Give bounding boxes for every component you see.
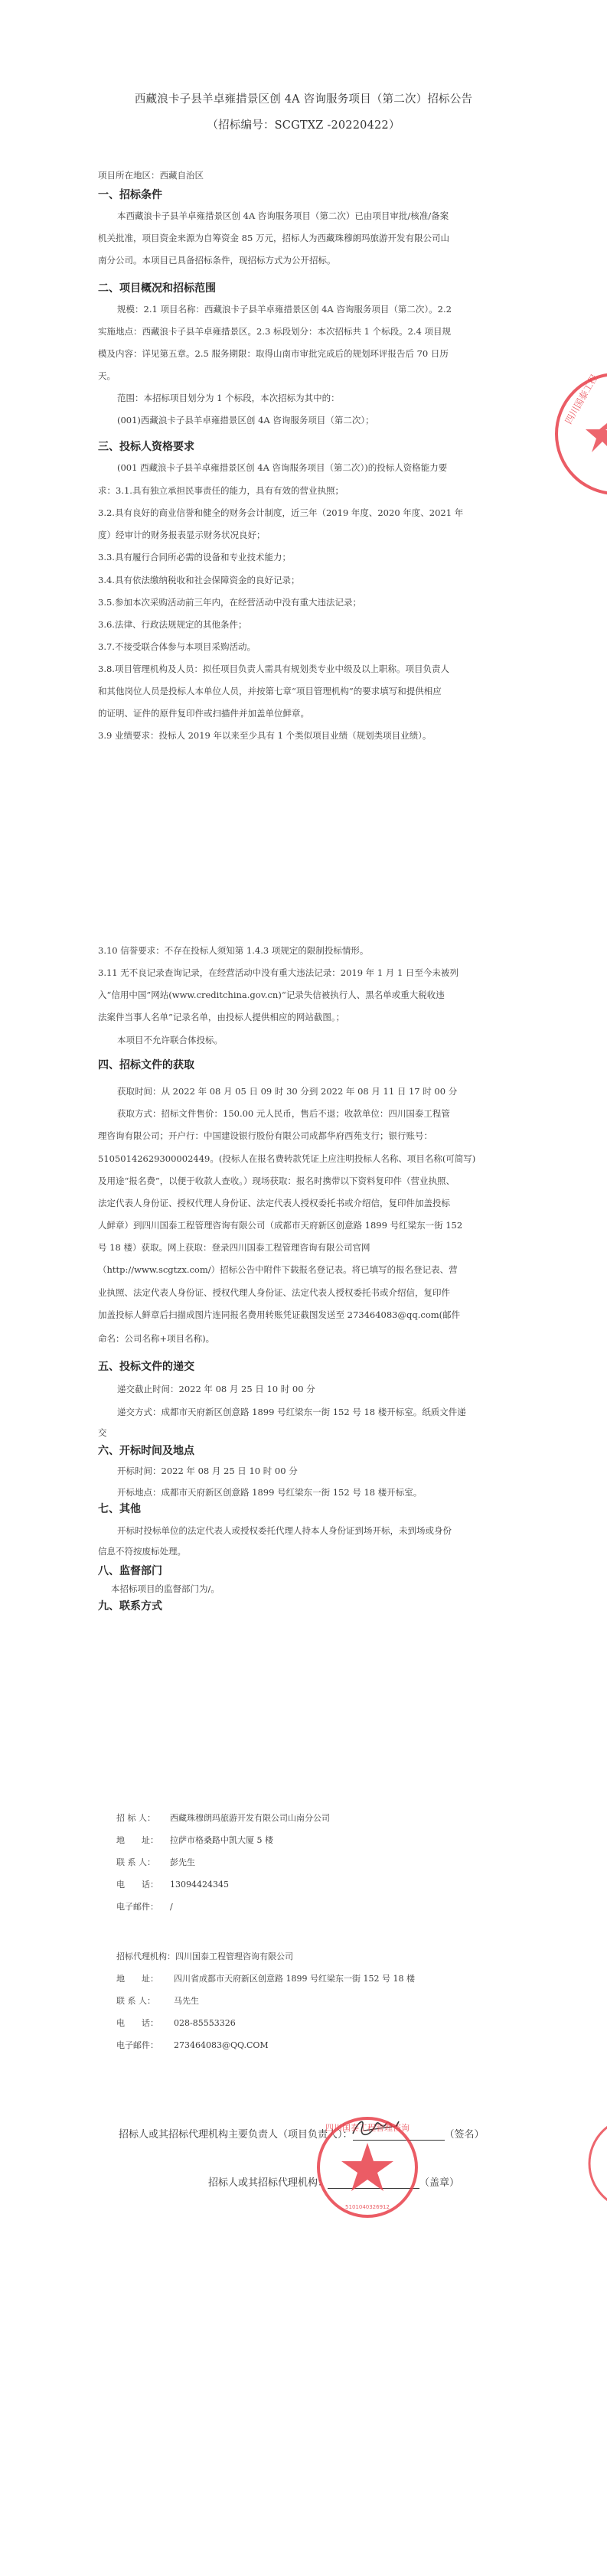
- s3-line: 3.8.项目管理机构及人员：拟任项目负责人需具有规划类专业中级及以上职称。项目负…: [98, 664, 511, 675]
- agency-address-row: 地 址：四川省成都市天府新区创意路 1899 号红梁东一街 152 号 18 楼: [116, 1972, 415, 1984]
- s3-line: 3.3.具有履行合同所必需的设备和专业技术能力；: [98, 552, 511, 563]
- s7-line: 开标时投标单位的法定代表人或授权委托代理人持本人身份证到场开标，未到场或身份: [117, 1525, 530, 1537]
- s2-line: 范围：本招标项目划分为 1 个标段，本次招标为其中的：: [117, 393, 530, 404]
- section-heading-4: 四、招标文件的获取: [98, 1057, 194, 1072]
- s8-line: 本招标项目的监督部门为/。: [111, 1583, 524, 1595]
- bid-number: （招标编号：SCGTXZ -20220422）: [0, 116, 607, 132]
- s6-line: 开标地点：成都市天府新区创意路 1899 号红梁东一街 152 号 18 楼开标…: [117, 1487, 530, 1498]
- signature-principal-suffix: （签名）: [445, 2129, 485, 2141]
- agency-phone: 028-85553326: [174, 2018, 236, 2028]
- s4-line: 号 18 楼）获取。网上获取：登录四川国泰工程管理咨询有限公司官网: [98, 1242, 511, 1254]
- s3-line: 3.10 信誉要求：不存在投标人须知第 1.4.3 项规定的限制投标情形。: [98, 945, 511, 957]
- s6-line: 开标时间：2022 年 08 月 25 日 10 时 00 分: [117, 1466, 530, 1477]
- s2-line: (001)西藏浪卡子县羊卓雍措景区创 4A 咨询服务项目（第二次）；: [117, 415, 530, 426]
- tenderer-phone-label: 电 话：: [116, 1878, 170, 1890]
- project-region: 项目所在地区：西藏自治区: [98, 170, 511, 181]
- tenderer-email-label: 电子邮件：: [116, 1900, 170, 1912]
- section-heading-9: 九、联系方式: [98, 1598, 162, 1613]
- s5-line: 递交截止时间：2022 年 08 月 25 日 10 时 00 分: [117, 1384, 530, 1395]
- s3-line: 求：3.1.具有独立承担民事责任的能力，具有有效的营业执照；: [98, 485, 511, 497]
- tender-announcement-page: 西藏浪卡子县羊卓雍措景区创 4A 咨询服务项目（第二次）招标公告 （招标编号：S…: [0, 0, 607, 2576]
- tenderer-name: 西藏珠穆朗玛旅游开发有限公司山南分公司: [170, 1813, 330, 1823]
- tenderer-contact: 彭先生: [170, 1857, 195, 1867]
- agency-contact: 马先生: [174, 1996, 199, 2006]
- tenderer-contact-row: 联 系 人：彭先生: [116, 1856, 195, 1868]
- tenderer-contact-label: 联 系 人：: [116, 1856, 170, 1868]
- signature-seal-suffix: （盖章）: [419, 2177, 459, 2189]
- tenderer-email-row: 电子邮件：/: [116, 1900, 173, 1912]
- tenderer-address-label: 地 址：: [116, 1834, 170, 1846]
- s2-line: 规模：2.1 项目名称：西藏浪卡子县羊卓雍措景区创 4A 咨询服务项目（第二次）…: [117, 304, 530, 315]
- s4-line: 命名：公司名称+项目名称)。: [98, 1333, 511, 1345]
- agency-email-label: 电子邮件：: [116, 2039, 174, 2051]
- s4-line: （http://www.scgtzx.com/）招标公告中附件下载报名登记表。将…: [98, 1264, 511, 1276]
- s3-line: 法案件当事人名单”记录名单，由投标人提供相应的网站截图。；: [98, 1012, 511, 1023]
- agency-name: 四川国泰工程管理咨询有限公司: [175, 1952, 293, 1961]
- section-heading-7: 七、其他: [98, 1501, 141, 1516]
- s3-line: 3.6.法律、行政法规规定的其他条件；: [98, 619, 511, 631]
- s5-line: 交: [98, 1427, 511, 1439]
- agency-contact-row: 联 系 人：马先生: [116, 1994, 199, 2007]
- s2-line: 天。: [98, 370, 511, 382]
- s3-line: 3.4.具有依法缴纳税收和社会保障资金的良好记录；: [98, 575, 511, 586]
- svg-text:四川国泰工程管理咨询: 四川国泰工程管理咨询: [325, 2122, 410, 2133]
- tenderer-address: 拉萨市格桑路中凯大厦 5 楼: [170, 1835, 273, 1845]
- tenderer-address-row: 地 址：拉萨市格桑路中凯大厦 5 楼: [116, 1834, 273, 1846]
- s3-line: 3.7.不接受联合体参与本项目采购活动。: [98, 641, 511, 653]
- s1-line: 南分公司。本项目已具备招标条件，现招标方式为公开招标。: [98, 255, 511, 266]
- s2-line: 模及内容：详见第五章。2.5 服务期限：取得山南市审批完成后的规划环评报告后 7…: [98, 348, 511, 360]
- document-title: 西藏浪卡子县羊卓雍措景区创 4A 咨询服务项目（第二次）招标公告: [0, 90, 607, 106]
- s2-line: 实施地点：西藏浪卡子县羊卓雍措景区。2.3 标段划分：本次招标共 1 个标段。2…: [98, 326, 511, 337]
- s3-line: 3.5.参加本次采购活动前三年内，在经营活动中没有重大违法记录；: [98, 597, 511, 608]
- agency-name-label: 招标代理机构：: [116, 1952, 175, 1961]
- edge-seal-icon: 四川国泰工程: [532, 371, 607, 501]
- svg-text:5101040326912: 5101040326912: [345, 2204, 390, 2210]
- s4-line: 及用途“报名费”，以便于收款人查收。）现场获取：报名时携带以下资料复印件（营业执…: [98, 1176, 511, 1187]
- s3-line: 度）经审计的财务报表显示财务状况良好；: [98, 530, 511, 541]
- company-seal-icon: 四川国泰工程管理咨询 5101040326912: [314, 2114, 421, 2221]
- s4-line: 51050142629300002449。(投标人在报名费转款凭证上应注明投标人…: [98, 1153, 511, 1165]
- tenderer-name-row: 招 标 人：西藏珠穆朗玛旅游开发有限公司山南分公司: [116, 1811, 330, 1824]
- edge-seal-icon: [582, 2114, 607, 2213]
- s3-line: 的证明、证件的原件复印件或扫描件并加盖单位鲜章。: [98, 708, 511, 719]
- s4-line: 理咨询有限公司；开户行：中国建设银行股份有限公司成都华府西苑支行；银行账号：: [98, 1130, 511, 1142]
- tenderer-phone: 13094424345: [170, 1880, 229, 1890]
- agency-phone-row: 电 话：028-85553326: [116, 2017, 236, 2029]
- s4-line: 法定代表人身份证、授权代理人身份证、法定代表人授权委托书或介绍信，复印件加盖投标: [98, 1198, 511, 1209]
- s3-line: (001 西藏浪卡子县羊卓雍措景区创 4A 咨询服务项目（第二次）)的投标人资格…: [117, 462, 530, 474]
- agency-address-label: 地 址：: [116, 1972, 174, 1984]
- s3-line: 3.11 无不良记录查询记录，在经营活动中没有重大违法记录：2019 年 1 月…: [98, 967, 511, 979]
- s3-line: 入“信用中国”网站(www.creditchina.gov.cn)“记录失信被执…: [98, 990, 511, 1001]
- section-heading-8: 八、监督部门: [98, 1563, 162, 1578]
- agency-phone-label: 电 话：: [116, 2017, 174, 2029]
- s5-line: 递交方式：成都市天府新区创意路 1899 号红梁东一街 152 号 18 楼开标…: [117, 1407, 530, 1418]
- agency-email-row: 电子邮件：273464083@QQ.COM: [116, 2039, 269, 2051]
- s4-line: 获取方式：招标文件售价：150.00 元人民币，售后不退；收款单位：四川国泰工程…: [117, 1108, 530, 1120]
- s1-line: 机关批准，项目资金来源为自筹资金 85 万元，招标人为西藏珠穆朗玛旅游开发有限公…: [98, 233, 511, 244]
- tenderer-email: /: [170, 1902, 173, 1912]
- s4-line: 获取时间：从 2022 年 08 月 05 日 09 时 30 分到 2022 …: [117, 1086, 530, 1097]
- s4-line: 人鲜章）到四川国泰工程管理咨询有限公司（成都市天府新区创意路 1899 号红梁东…: [98, 1220, 511, 1231]
- s4-line: 业执照、法定代表人身份证、授权代理人身份证、法定代表人授权委托书或介绍信，复印件: [98, 1287, 511, 1299]
- s3-line: 本项目不允许联合体投标。: [117, 1035, 530, 1046]
- tenderer-phone-row: 电 话：13094424345: [116, 1878, 229, 1890]
- signature-line-principal: 招标人或其招标代理机构主要负责人（项目负责人）：（签名）: [119, 2126, 485, 2141]
- agency-address: 四川省成都市天府新区创意路 1899 号红梁东一街 152 号 18 楼: [174, 1974, 415, 1984]
- agency-contact-label: 联 系 人：: [116, 1994, 174, 2007]
- section-heading-6: 六、开标时间及地点: [98, 1443, 194, 1458]
- signature-seal-label: 招标人或其招标代理机构：: [208, 2177, 328, 2189]
- section-heading-2: 二、项目概况和招标范围: [98, 280, 216, 295]
- s3-line: 3.9 业绩要求：投标人 2019 年以来至少具有 1 个类似项目业绩（规划类项…: [98, 730, 511, 742]
- agency-name-row: 招标代理机构：四川国泰工程管理咨询有限公司: [116, 1950, 293, 1962]
- s3-line: 3.2.具有良好的商业信誉和健全的财务会计制度，近三年（2019 年度、2020…: [98, 507, 511, 519]
- s4-line: 加盖投标人鲜章后扫描成图片连同报名费用转账凭证截图发送至 273464083@q…: [98, 1309, 511, 1321]
- tenderer-name-label: 招 标 人：: [116, 1811, 170, 1824]
- s3-line: 和其他岗位人员是投标人本单位人员，并按第七章“项目管理机构”的要求填写和提供相应: [98, 686, 511, 697]
- section-heading-5: 五、投标文件的递交: [98, 1358, 194, 1374]
- section-heading-3: 三、投标人资格要求: [98, 439, 194, 454]
- section-heading-1: 一、招标条件: [98, 187, 162, 202]
- agency-email: 273464083@QQ.COM: [174, 2040, 269, 2050]
- s7-line: 信息不符按废标处理。: [98, 1546, 511, 1557]
- s1-line: 本西藏浪卡子县羊卓雍措景区创 4A 咨询服务项目（第二次）已由项目审批/核准/备…: [117, 210, 530, 222]
